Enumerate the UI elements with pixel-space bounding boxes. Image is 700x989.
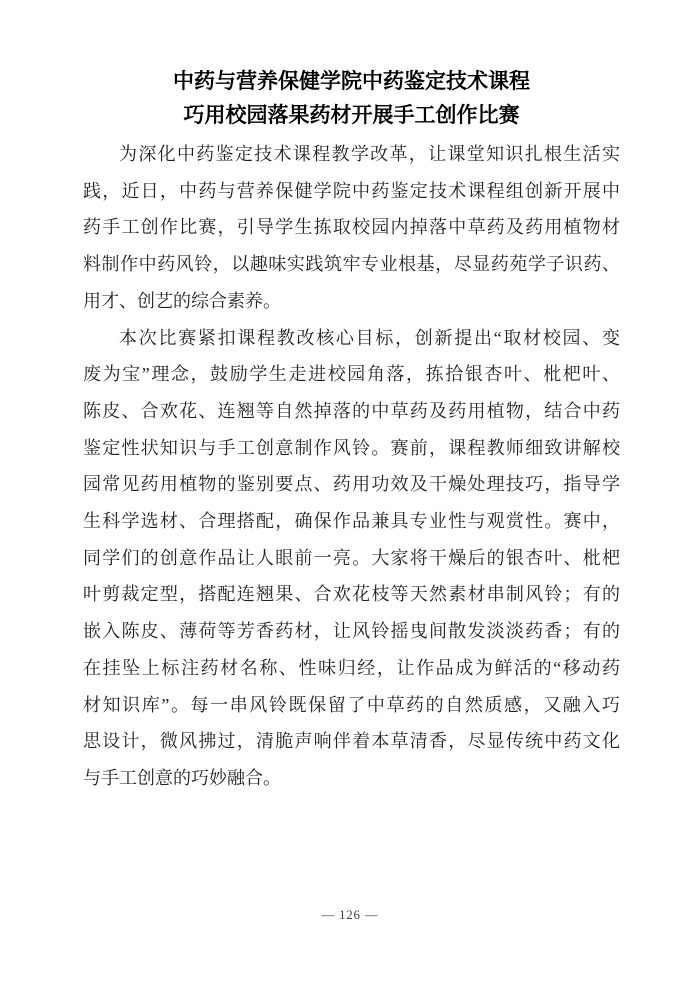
paragraph-2-line: 材知识库”。每一串风铃既保留了中草药的自然质感，又融入巧 <box>83 687 620 724</box>
paragraph-2-line: 废为宝”理念，鼓励学生走进校园角落，拣拾银杏叶、枇杷叶、 <box>83 356 620 393</box>
title-line-1: 中药与营养保健学院中药鉴定技术课程 <box>83 64 620 98</box>
paragraph-1-line: 为深化中药鉴定技术课程教学改革，让课堂知识扎根生活实 <box>83 136 620 173</box>
paragraph-1-line: 药手工创作比赛，引导学生拣取校园内掉落中草药及药用植物材 <box>83 209 620 246</box>
document-page: 中药与营养保健学院中药鉴定技术课程 巧用校园落果药材开展手工创作比赛 为深化中药… <box>0 0 700 989</box>
paragraph-1-line: 践，近日，中药与营养保健学院中药鉴定技术课程组创新开展中 <box>83 173 620 210</box>
title-line-2: 巧用校园落果药材开展手工创作比赛 <box>83 98 620 132</box>
paragraph-2-line: 叶剪裁定型，搭配连翘果、合欢花枝等天然素材串制风铃；有的 <box>83 576 620 613</box>
document-body: 为深化中药鉴定技术课程教学改革，让课堂知识扎根生活实 践，近日，中药与营养保健学… <box>83 136 620 797</box>
page-number: — 126 — <box>0 905 700 925</box>
paragraph-2-line: 与手工创意的巧妙融合。 <box>83 760 620 797</box>
paragraph-2-line: 思设计，微风拂过，清脆声响伴着本草清香，尽显传统中药文化 <box>83 723 620 760</box>
paragraph-2-line: 园常见药用植物的鉴别要点、药用功效及干燥处理技巧，指导学 <box>83 466 620 503</box>
paragraph-1-line: 用才、创艺的综合素养。 <box>83 283 620 320</box>
paragraph-1-line: 料制作中药风铃，以趣味实践筑牢专业根基，尽显药苑学子识药、 <box>83 246 620 283</box>
document-title: 中药与营养保健学院中药鉴定技术课程 巧用校园落果药材开展手工创作比赛 <box>83 64 620 132</box>
paragraph-2-line: 同学们的创意作品让人眼前一亮。大家将干燥后的银杏叶、枇杷 <box>83 540 620 577</box>
paragraph-2-line: 陈皮、合欢花、连翘等自然掉落的中草药及药用植物，结合中药 <box>83 393 620 430</box>
paragraph-2-line: 嵌入陈皮、薄荷等芳香药材，让风铃摇曳间散发淡淡药香；有的 <box>83 613 620 650</box>
paragraph-2-line: 生科学选材、合理搭配，确保作品兼具专业性与观赏性。赛中， <box>83 503 620 540</box>
page-content: 中药与营养保健学院中药鉴定技术课程 巧用校园落果药材开展手工创作比赛 为深化中药… <box>83 64 620 797</box>
paragraph-2-line: 在挂坠上标注药材名称、性味归经，让作品成为鲜活的“移动药 <box>83 650 620 687</box>
paragraph-2-line: 本次比赛紧扣课程教改核心目标，创新提出“取材校园、变 <box>83 320 620 357</box>
paragraph-2-line: 鉴定性状知识与手工创意制作风铃。赛前，课程教师细致讲解校 <box>83 430 620 467</box>
